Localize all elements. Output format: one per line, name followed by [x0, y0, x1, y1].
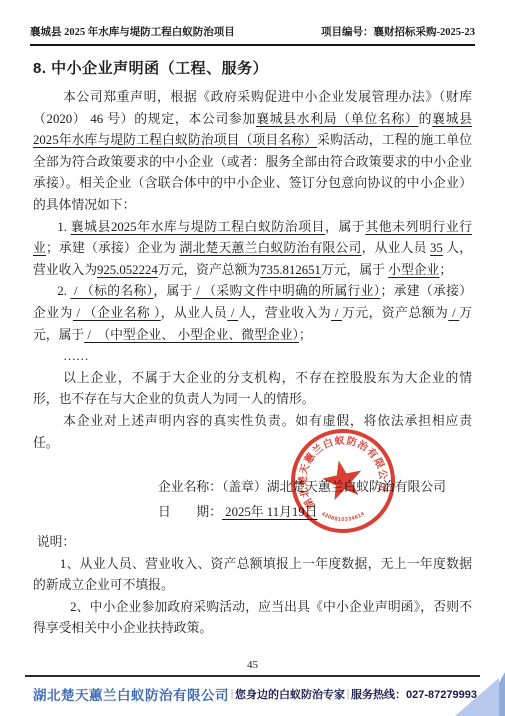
- company-name-label: 企业名称：: [158, 480, 222, 494]
- footer-company-name: 湖北楚天蕙兰白蚁防治有限公司: [33, 684, 229, 704]
- item2-text: ，属于: [153, 284, 192, 298]
- page-footer: 湖北楚天蕙兰白蚁防治有限公司 | 您身边的白蚁防治专家 | 服务热线：027-8…: [33, 684, 477, 704]
- item1-revenue: 925.052224: [97, 263, 158, 277]
- item1-text: ，属于: [325, 220, 365, 234]
- document-page: 襄城县 2025 年水库与堤防工程白蚁防治项目 项目编号：襄财招标采购-2025…: [0, 0, 505, 716]
- responsibility-paragraph: 本企业对上述声明内容的真实性负责。如有虚假，将依法承担相应责任。: [33, 411, 472, 454]
- item2-text: 人，营业收入为: [238, 306, 331, 320]
- note-2: 2、中小企业参加政府采购活动，应当出具《中小企业声明函》，否则不得享受相关中小企…: [33, 597, 472, 640]
- no-large-enterprise-paragraph: 以上企业，不属于大企业的分支机构，不存在控股股东为大企业的情形，也不存在与大企业…: [33, 368, 472, 411]
- company-name-value: （盖章）湖北楚天蕙兰白蚁防治有限公司: [222, 480, 446, 494]
- item1-project-blank: 襄城县2025年水库与堤防工程白蚁防治项目: [71, 220, 325, 234]
- item1-company-blank: 湖北楚天蕙兰白蚁防治有限公司: [179, 241, 361, 255]
- item2-number: 2.: [57, 284, 70, 298]
- item1-text: 万元，属于: [321, 263, 388, 277]
- item2-staff-blank: /: [227, 306, 238, 320]
- declaration-paragraph: 本公司郑重声明，根据《政府采购促进中小企业发展管理办法》（财库（2020） 46…: [33, 87, 472, 217]
- date-value: 2025年 11月19日: [222, 505, 318, 519]
- item1-enterprise-type: 小型企业: [388, 263, 439, 277]
- ellipsis: ……: [33, 346, 472, 368]
- item1-text: ；承建（承接）企业为: [46, 241, 179, 255]
- item2-type-blank: / （中型企业、 小型企业、微型企业）: [84, 328, 299, 342]
- item1-text: ，从业人员: [362, 241, 430, 255]
- item2-revenue-blank: /: [331, 306, 342, 320]
- page-header: 襄城县 2025 年水库与堤防工程白蚁防治项目 项目编号：襄财招标采购-2025…: [30, 24, 475, 46]
- item1-assets: 735.812651: [260, 263, 321, 277]
- document-body: 8. 中小企业声明函（工程、服务） 本公司郑重声明，根据《政府采购促进中小企业发…: [33, 50, 472, 640]
- item1-number: 1.: [57, 220, 70, 234]
- p1-text: 的: [419, 112, 433, 126]
- notes-heading: 说明：: [33, 532, 472, 554]
- page-number: 45: [0, 659, 505, 671]
- footer-separator: |: [231, 688, 234, 700]
- item1-text: ；: [439, 263, 452, 277]
- signature-company-line: 企业名称：（盖章）湖北楚天蕙兰白蚁防治有限公司: [158, 475, 472, 500]
- enterprise-item-2: 2. / （标的名称），属于 / （采购文件中明确的所属行业）；承建（承接）企业…: [33, 281, 472, 346]
- section-title: 8. 中小企业声明函（工程、服务）: [33, 57, 472, 78]
- footer-separator: |: [347, 688, 350, 700]
- item2-company-blank: / （企业名称 ）: [73, 306, 161, 320]
- signature-block: 企业名称：（盖章）湖北楚天蕙兰白蚁防治有限公司 日 期： 2025年 11月19…: [158, 475, 472, 525]
- item2-assets-blank: /: [448, 306, 459, 320]
- item2-text: ；: [299, 328, 312, 342]
- footer-divider: [25, 675, 480, 677]
- item1-text: 万元，资产总额为: [158, 263, 260, 277]
- corner-triangle-decoration: [451, 670, 505, 716]
- note-1: 1、从业人员、营业收入、资产总额填报上一年度数据，无上一年度数据的新成立企业可不…: [33, 554, 472, 597]
- header-project-name: 襄城县 2025 年水库与堤防工程白蚁防治项目: [30, 24, 235, 39]
- item2-industry-blank: / （采购文件中明确的所属行业）: [193, 284, 381, 298]
- date-label: 日 期：: [158, 505, 222, 519]
- item1-staff-count: 35: [430, 241, 443, 255]
- item2-text: 万元，资产总额为: [342, 306, 448, 320]
- notes-section: 说明： 1、从业人员、营业收入、资产总额填报上一年度数据，无上一年度数据的新成立…: [33, 532, 472, 640]
- enterprise-item-1: 1. 襄城县2025年水库与堤防工程白蚁防治项目，属于其他未列明行业行业；承建（…: [33, 217, 472, 282]
- signature-date-line: 日 期： 2025年 11月19日: [158, 500, 472, 525]
- item2-subject-blank: / （标的名称）: [70, 284, 153, 298]
- header-project-number: 项目编号：襄财招标采购-2025-23: [321, 24, 475, 39]
- item2-text: ，从业人员: [161, 306, 227, 320]
- footer-slogan: 您身边的白蚁防治专家: [235, 686, 345, 702]
- purchaser-name-blank: 襄城县水利局（单位名称）: [256, 112, 419, 126]
